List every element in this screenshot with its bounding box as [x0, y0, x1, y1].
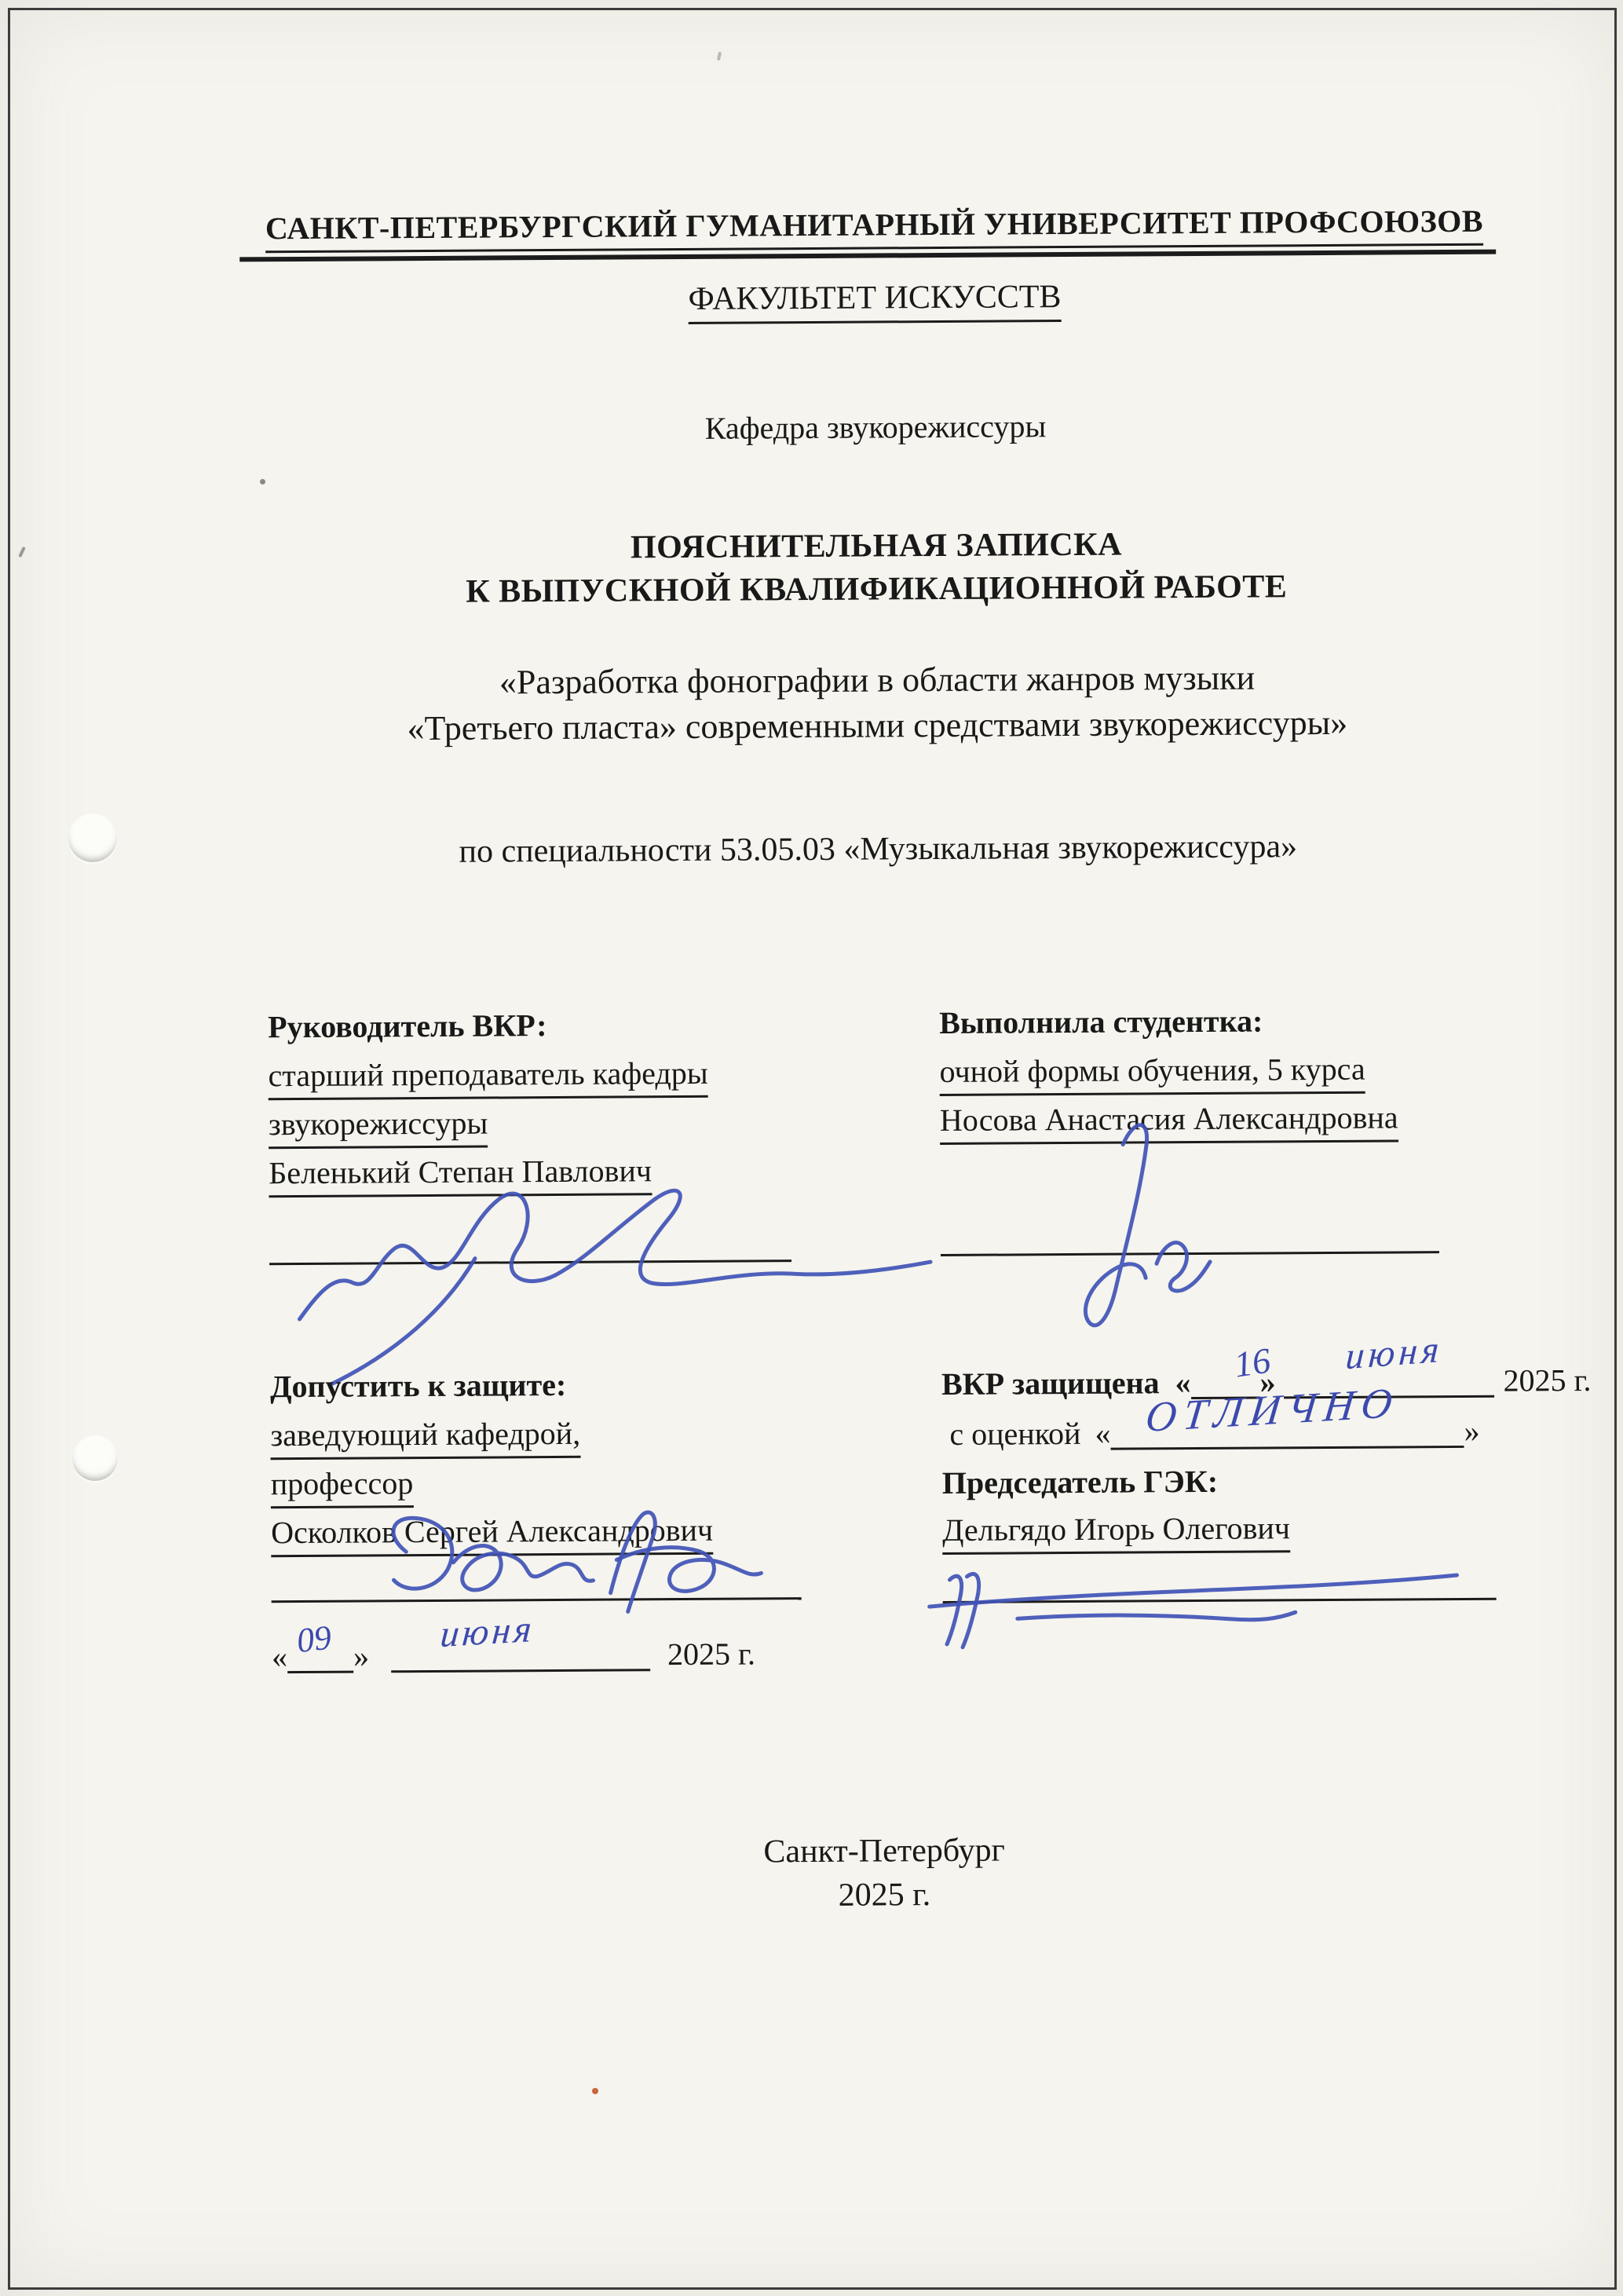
- admission-date-year: 2025 г.: [667, 1636, 755, 1672]
- student-label: Выполнила студентка:: [939, 1002, 1263, 1041]
- chairman-label: Председатель ГЭК:: [942, 1463, 1219, 1501]
- footer-year: 2025 г.: [242, 1872, 1527, 1918]
- grade-label: с оценкой: [949, 1416, 1080, 1452]
- thesis-theme-line1: «Разработка фонографии в области жанров …: [234, 656, 1519, 704]
- admission-date-month-handwritten: июня: [439, 1607, 536, 1656]
- doc-title-line2: К ВЫПУСКНОЙ КВАЛИФИКАЦИОННОЙ РАБОТЕ: [234, 566, 1519, 612]
- supervisor-signature: [276, 1152, 953, 1391]
- faculty-header: ФАКУЛЬТЕТ ИСКУССТВ: [232, 275, 1517, 327]
- department-name: Кафедра звукорежиссуры: [232, 404, 1518, 449]
- doc-title-line1: ПОЯСНИТЕЛЬНАЯ ЗАПИСКА: [233, 523, 1519, 569]
- university-name: САНКТ-ПЕТЕРБУРГСКИЙ ГУМАНИТАРНЫЙ УНИВЕРС…: [265, 203, 1483, 253]
- thesis-theme-line2: «Третьего пласта» современными средствам…: [235, 701, 1520, 749]
- student-signature: [1046, 1102, 1267, 1347]
- defense-date-month-handwritten: июня: [1344, 1328, 1444, 1379]
- defense-date-year: 2025 г.: [1503, 1362, 1591, 1398]
- supervisor-label: Руководитель ВКР:: [268, 1007, 547, 1045]
- scanned-title-page: САНКТ-ПЕТЕРБУРГСКИЙ ГУМАНИТАРНЫЙ УНИВЕРС…: [0, 0, 1623, 2296]
- student-info: очной формы обучения, 5 курса: [939, 1051, 1365, 1096]
- speciality-line: по специальности 53.05.03 «Музыкальная з…: [236, 826, 1521, 872]
- supervisor-position-line1: старший преподаватель кафедры: [268, 1055, 707, 1100]
- admission-position-line1: заведующий кафедрой,: [270, 1415, 580, 1460]
- close-quote: »: [353, 1638, 369, 1673]
- admission-label: Допустить к защите:: [270, 1366, 567, 1405]
- defense-label: ВКР защищена: [941, 1365, 1160, 1402]
- university-header: САНКТ-ПЕТЕРБУРГСКИЙ ГУМАНИТАРНЫЙ УНИВЕРС…: [232, 202, 1517, 253]
- defense-date-day-handwritten: 16: [1231, 1340, 1273, 1386]
- faculty-name: ФАКУЛЬТЕТ ИСКУССТВ: [688, 278, 1061, 324]
- footer-city: Санкт-Петербург: [241, 1828, 1526, 1874]
- open-quote: «: [1095, 1416, 1110, 1451]
- admission-position-line2: профессор: [271, 1464, 414, 1508]
- close-quote: »: [1464, 1413, 1479, 1449]
- chairman-name: Дельгядо Игорь Олегович: [942, 1509, 1290, 1555]
- supervisor-position-line2: звукорежиссуры: [269, 1105, 488, 1150]
- admission-date-day-handwritten: 09: [294, 1618, 333, 1662]
- chairman-signature: [915, 1555, 1481, 1652]
- admission-signature: [357, 1504, 813, 1656]
- open-quote: «: [272, 1639, 287, 1674]
